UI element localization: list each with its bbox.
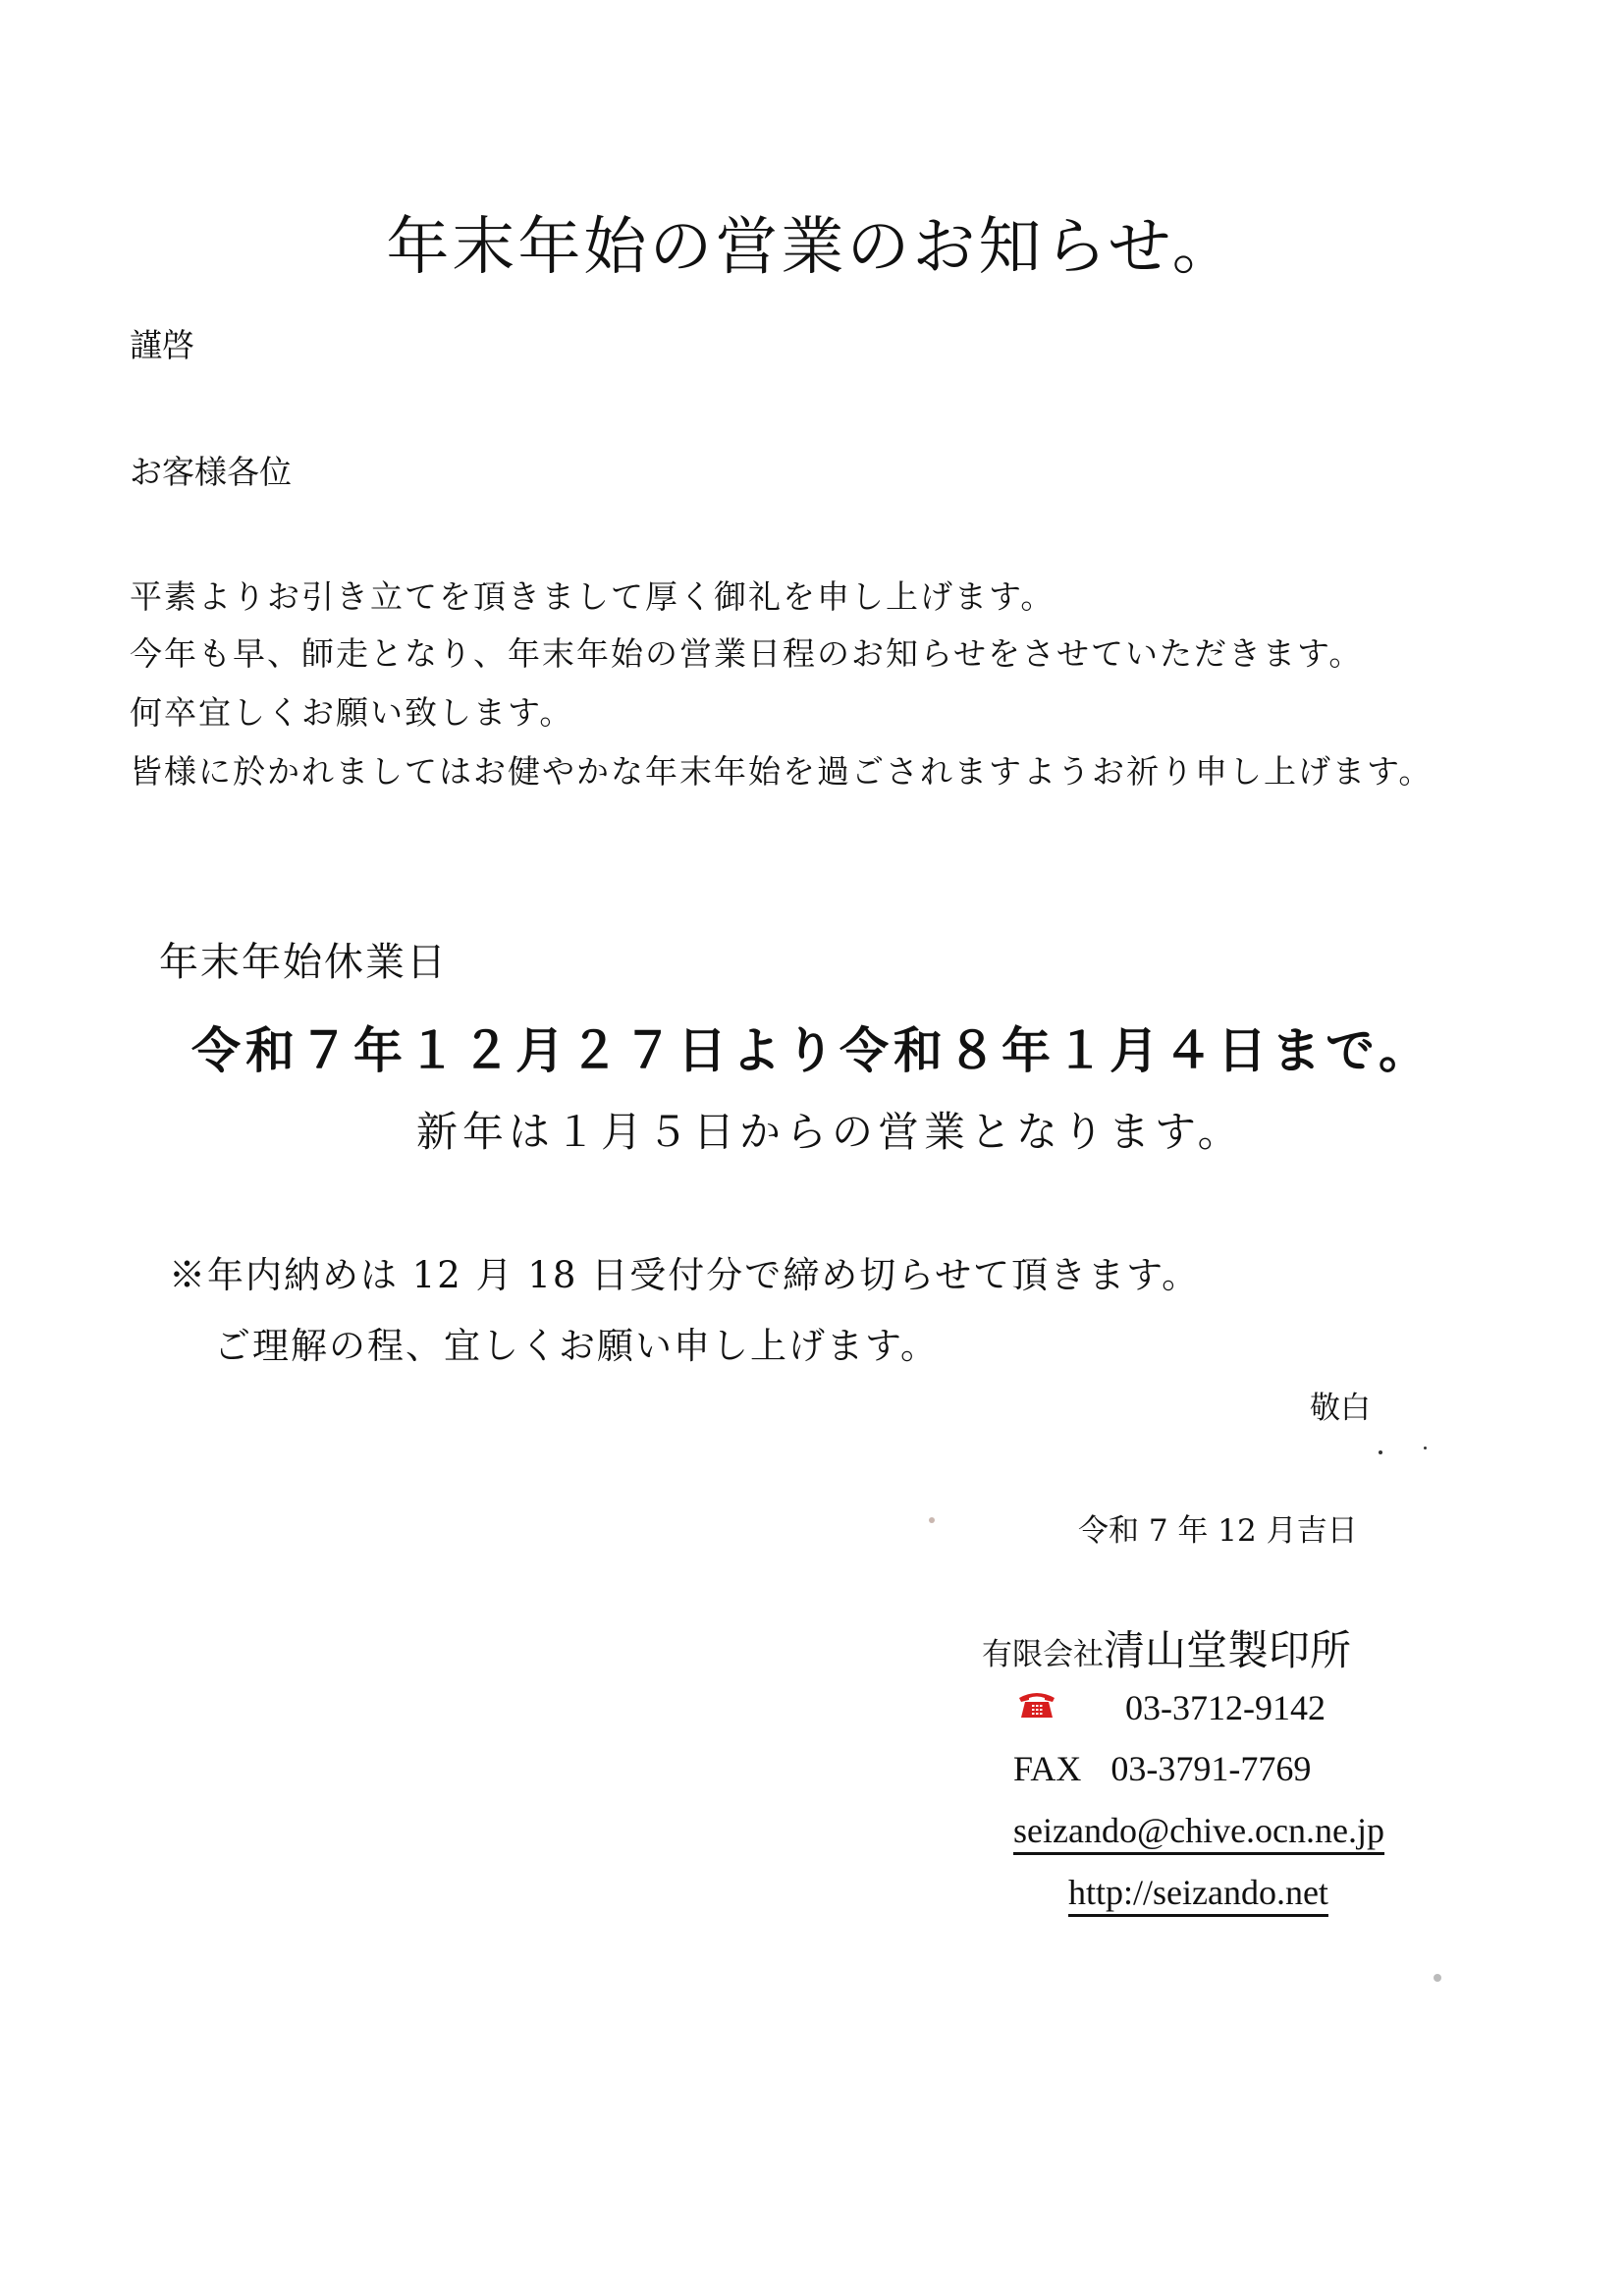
telephone-row: 03-3712-9142	[1017, 1687, 1326, 1728]
telephone-number: 03-3712-9142	[1125, 1687, 1326, 1728]
body-line: 平素よりお引き立てを頂きまして厚く御礼を申し上げます。	[130, 572, 1055, 618]
addressee: お客様各位	[130, 447, 292, 493]
scan-speck	[929, 1517, 935, 1523]
company-name: 有限会社清山堂製印所	[982, 1618, 1351, 1677]
closing: 敬白	[1310, 1383, 1371, 1427]
holiday-range: 令和７年１２月２７日より令和８年１月４日まで。	[0, 1011, 1624, 1082]
scan-speck	[1379, 1450, 1382, 1454]
scan-speck	[1424, 1447, 1427, 1449]
salutation: 謹啓	[130, 320, 194, 366]
holiday-label: 年末年始休業日	[159, 931, 448, 987]
scan-speck	[1434, 1974, 1441, 1982]
page-title: 年末年始の営業のお知らせ。	[0, 196, 1624, 287]
request-note: ご理解の程、宜しくお願い申し上げます。	[214, 1316, 939, 1369]
company-main-name: 清山堂製印所	[1104, 1626, 1351, 1674]
telephone-icon	[1017, 1687, 1125, 1728]
company-prefix: 有限会社	[982, 1637, 1104, 1672]
reopen-notice: 新年は１月５日からの営業となります。	[416, 1100, 1244, 1159]
deadline-note: ※年内納めは 12 月 18 日受付分で締め切らせて頂きます。	[169, 1245, 1200, 1298]
body-line: 皆様に於かれましてはお健やかな年末年始を過ごされますようお祈り申し上げます。	[130, 746, 1433, 793]
issue-date: 令和 7 年 12 月吉日	[1078, 1505, 1358, 1550]
body-line: 何卒宜しくお願い致します。	[130, 687, 573, 734]
body-line: 今年も早、師走となり、年末年始の営業日程のお知らせをさせていただきます。	[130, 629, 1363, 675]
fax-label: FAX	[1013, 1749, 1081, 1788]
fax-number: 03-3791-7769	[1110, 1749, 1311, 1788]
email-link[interactable]: seizando@chive.ocn.ne.jp	[1013, 1810, 1384, 1851]
fax-row: FAX03-3791-7769	[1013, 1748, 1311, 1789]
website-link[interactable]: http://seizando.net	[1068, 1872, 1328, 1913]
